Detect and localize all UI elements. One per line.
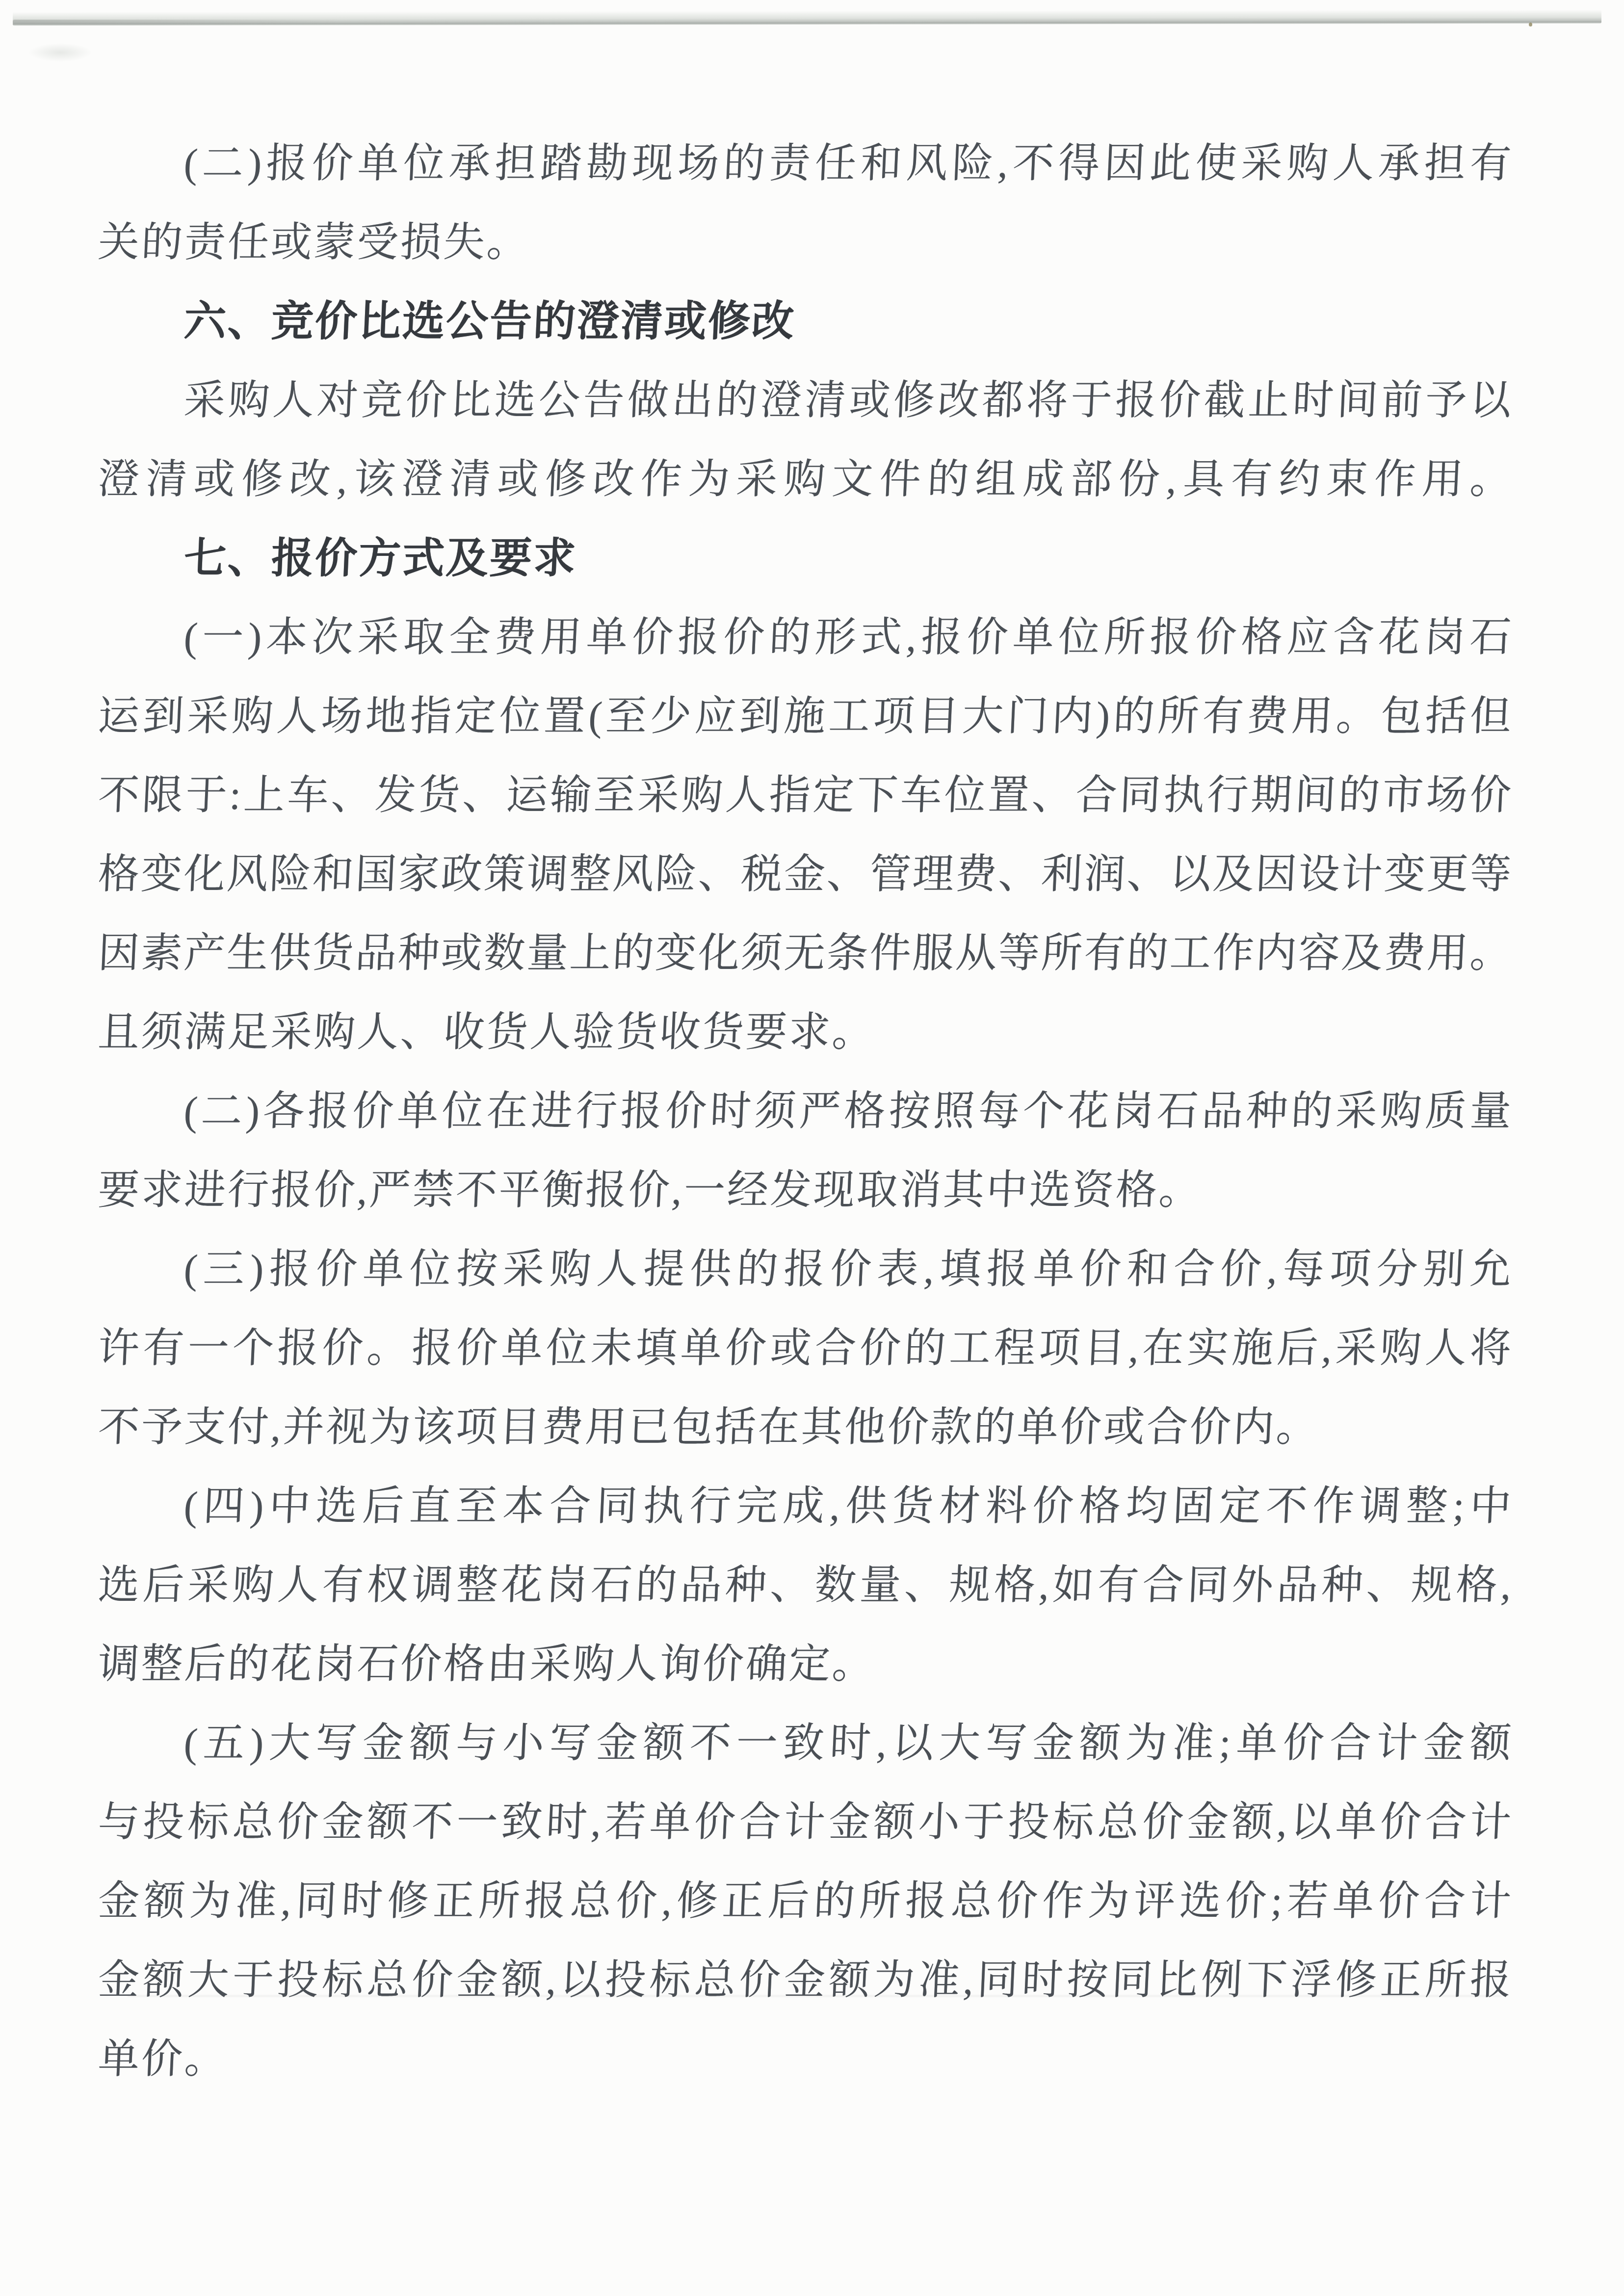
scanner-edge-shadow <box>13 20 356 24</box>
body-text-line: 选后采购人有权调整花岗石的品种、数量、规格,如有合同外品种、规格, <box>96 1546 1513 1625</box>
body-text-line: 不限于:上车、发货、运输至采购人指定下车位置、合同执行期间的市场价 <box>96 756 1513 835</box>
body-text-line: 金额大于投标总价金额,以投标总价金额为准,同时按同比例下浮修正所报 <box>96 1941 1513 2020</box>
scan-smudge-artifact <box>28 43 92 62</box>
body-text-line: 调整后的花岗石价格由采购人询价确定。 <box>96 1625 1513 1704</box>
body-text-line: 采购人对竞价比选公告做出的澄清或修改都将于报价截止时间前予以 <box>96 361 1513 440</box>
body-text-line: 与投标总价金额不一致时,若单价合计金额小于投标总价金额,以单价合计 <box>96 1783 1513 1862</box>
body-text-line: 运到采购人场地指定位置(至少应到施工项目大门内)的所有费用。包括但 <box>96 677 1513 756</box>
body-text-line: 澄清或修改,该澄清或修改作为采购文件的组成部份,具有约束作用。 <box>96 440 1513 519</box>
body-text-line: 关的责任或蒙受损失。 <box>96 203 1513 282</box>
body-text-line: 格变化风险和国家政策调整风险、税金、管理费、利润、以及因设计变更等 <box>96 835 1513 914</box>
body-text-line: 许有一个报价。报价单位未填单价或合价的工程项目,在实施后,采购人将 <box>96 1309 1513 1388</box>
body-text-line: (一)本次采取全费用单价报价的形式,报价单位所报价格应含花岗石 <box>96 598 1513 677</box>
body-text-line: (二)各报价单位在进行报价时须严格按照每个花岗石品种的采购质量 <box>96 1072 1513 1151</box>
body-text-line: (二)报价单位承担踏勘现场的责任和风险,不得因此使采购人承担有 <box>96 124 1513 203</box>
body-text-line: 要求进行报价,严禁不平衡报价,一经发现取消其中选资格。 <box>96 1151 1513 1230</box>
body-text-line: 且须满足采购人、收货人验货收货要求。 <box>96 993 1513 1072</box>
body-text-line: 因素产生供货品种或数量上的变化须无条件服从等所有的工作内容及费用。 <box>96 914 1513 993</box>
body-text-line: 不予支付,并视为该项目费用已包括在其他价款的单价或合价内。 <box>96 1388 1513 1467</box>
body-text-line: 单价。 <box>96 2020 1513 2099</box>
document-text-body: (二)报价单位承担踏勘现场的责任和风险,不得因此使采购人承担有关的责任或蒙受损失… <box>98 124 1511 2099</box>
body-text-line: (三)报价单位按采购人提供的报价表,填报单价和合价,每项分别允 <box>96 1230 1513 1309</box>
body-text-line: (四)中选后直至本合同执行完成,供货材料价格均固定不作调整;中 <box>96 1467 1513 1546</box>
body-text-line: (五)大写金额与小写金额不一致时,以大写金额为准;单价合计金额 <box>96 1704 1513 1783</box>
scan-speck-artifact <box>1529 23 1532 26</box>
scanned-document-page: (二)报价单位承担踏勘现场的责任和风险,不得因此使采购人承担有关的责任或蒙受损失… <box>0 0 1624 2296</box>
section-heading: 七、报价方式及要求 <box>96 519 1513 598</box>
body-text-line: 金额为准,同时修正所报总价,修正后的所报总价作为评选价;若单价合计 <box>96 1862 1513 1941</box>
section-heading: 六、竞价比选公告的澄清或修改 <box>96 282 1513 361</box>
